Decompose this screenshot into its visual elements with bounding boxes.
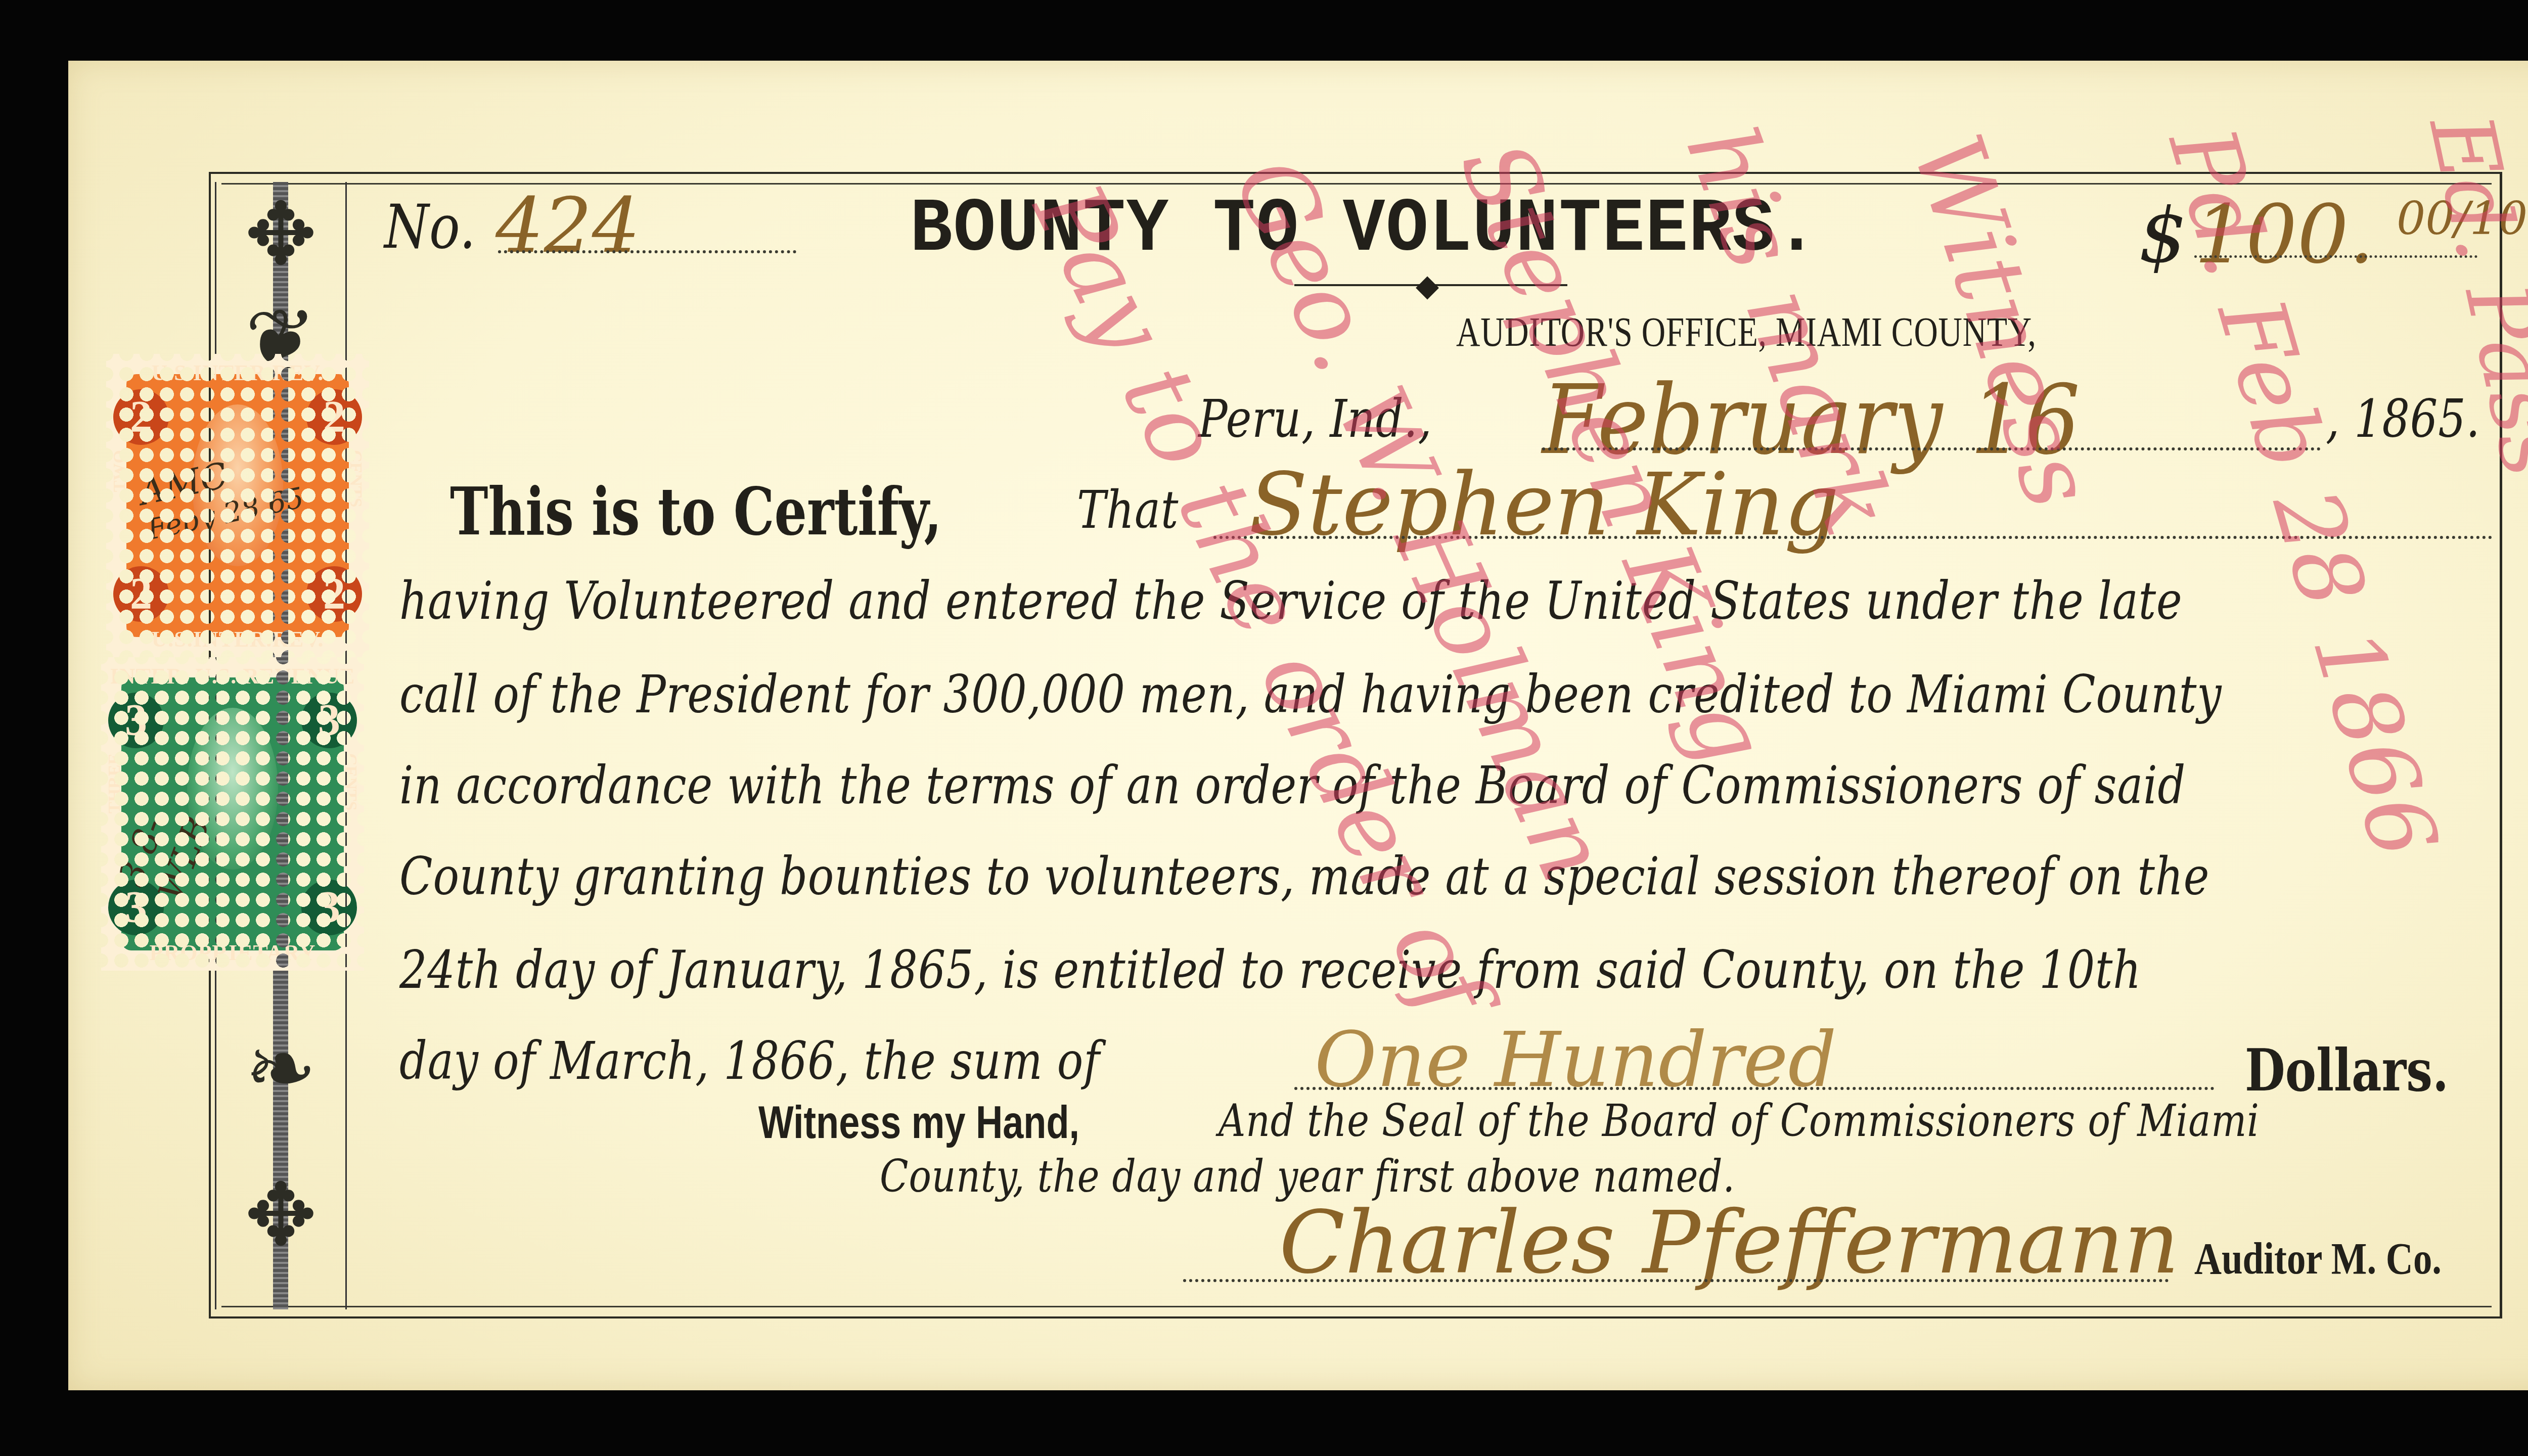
stamp-top-text: U.S.INTER.REV.	[106, 360, 369, 386]
revenue-stamp-two-cents: U.S.INTER.REV. 2 2 2 2 TWO CENTS U.S.INT…	[106, 354, 369, 657]
witness-text: And the Seal of the Board of Commissione…	[1218, 1095, 2260, 1147]
body-line: 24th day of January, 1865, is entitled t…	[399, 940, 2141, 1000]
stamp-bottom-text: U.S.INTER.REV.	[106, 626, 369, 652]
certificate-number: 424	[495, 182, 640, 270]
stamp-denomination: 2	[306, 566, 362, 622]
stamp-side-text: THREE	[105, 753, 124, 813]
stamp-denomination: 2	[306, 389, 362, 445]
fleur-cross-ornament-icon: ✥	[227, 192, 335, 278]
recipient-name: Stephen King	[1249, 455, 1839, 555]
sum-handwritten: One Hundred	[1315, 1016, 1837, 1104]
stamp-bottom-text: PROPRIETARY	[101, 940, 364, 966]
auditor-title: Auditor M. Co.	[2194, 1234, 2442, 1285]
certificate-number-label: No.	[384, 192, 476, 262]
body-line: County granting bounties to volunteers, …	[399, 847, 2209, 907]
auditor-signature: Charles Pfeffermann	[1279, 1193, 2179, 1293]
signature-line	[1183, 1279, 2169, 1282]
stamp-side-text: CENTS	[346, 450, 365, 507]
stamp-top-text: INTER. U.S. REVENUE	[101, 663, 364, 689]
certify-heading: This is to Certify,	[450, 473, 942, 550]
divider-diamond-icon: ◆	[1416, 268, 1439, 303]
witness-label: Witness my Hand,	[758, 1097, 1079, 1149]
revenue-stamp-three-cents: INTER. U.S. REVENUE 3 3 3 3 THREE CENTS …	[101, 657, 364, 971]
stamp-denomination: 3	[301, 880, 357, 935]
dollars-label: Dollars.	[2245, 1036, 2449, 1105]
sum-fill-line	[1294, 1087, 2215, 1090]
stamp-denomination: 2	[113, 389, 169, 445]
fleur-cross-ornament-icon: ✥	[227, 1173, 335, 1259]
stamp-denomination: 3	[108, 693, 164, 748]
stamp-denomination: 3	[301, 693, 357, 748]
stamp-side-text: TWO	[110, 450, 129, 492]
year-label: , 1865.	[2326, 389, 2480, 449]
acanthus-scroll-ornament-icon: ❧	[227, 1026, 335, 1112]
body-line: day of March, 1866, the sum of	[399, 1031, 1100, 1091]
stamp-side-text: CENTS	[341, 753, 360, 810]
number-fill-line	[498, 250, 796, 253]
stamp-denomination: 2	[113, 566, 169, 622]
